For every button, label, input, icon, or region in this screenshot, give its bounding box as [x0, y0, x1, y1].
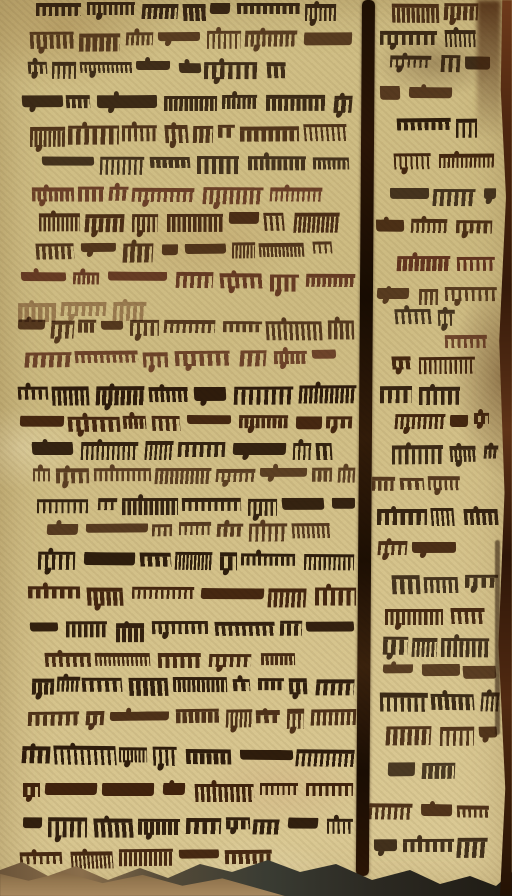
glyph-cluster — [445, 287, 497, 301]
text-line — [392, 445, 498, 470]
text-line — [392, 2, 478, 27]
text-line — [380, 386, 460, 410]
text-line — [380, 85, 452, 110]
glyph-cluster — [394, 153, 432, 169]
glyph-cluster — [368, 803, 413, 820]
glyph-cluster — [440, 55, 460, 72]
text-line — [392, 575, 498, 599]
text-line — [394, 151, 494, 176]
text-line — [380, 692, 499, 717]
glyph-cluster — [412, 638, 438, 657]
glyph-cluster — [457, 257, 495, 271]
glyph-cluster — [419, 289, 438, 305]
glyph-cluster — [392, 3, 439, 23]
glyph-cluster — [421, 804, 452, 816]
text-line — [372, 476, 460, 501]
text-line — [395, 413, 489, 437]
glyph-cluster — [444, 3, 479, 20]
manuscript-page — [0, 0, 512, 896]
glyph-cluster — [438, 310, 455, 326]
glyph-cluster — [397, 118, 451, 131]
glyph-cluster — [377, 287, 410, 298]
glyph-cluster — [483, 446, 498, 459]
glyph-cluster — [456, 220, 493, 234]
glyph-cluster — [390, 188, 429, 199]
text-line — [390, 188, 496, 212]
glyph-cluster — [441, 638, 489, 657]
corner-shadow — [477, 0, 501, 140]
text-line — [380, 30, 490, 54]
text-line — [376, 219, 492, 244]
text-line — [390, 54, 490, 79]
glyph-cluster — [397, 256, 451, 271]
text-line — [392, 354, 492, 379]
glyph-cluster — [394, 414, 445, 429]
glyph-cluster — [457, 805, 489, 817]
text-line — [385, 607, 485, 631]
glyph-cluster — [456, 838, 487, 858]
text-line — [395, 308, 455, 333]
glyph-cluster — [383, 637, 408, 655]
glyph-cluster — [388, 762, 415, 776]
glyph-cluster — [391, 357, 411, 370]
glyph-cluster — [422, 664, 460, 676]
glyph-cluster — [374, 839, 397, 851]
glyph-cluster — [431, 508, 455, 526]
glyph-cluster — [391, 575, 420, 594]
glyph-cluster — [484, 188, 497, 199]
glyph-cluster — [376, 219, 404, 231]
text-line — [369, 802, 489, 827]
glyph-cluster — [419, 357, 475, 375]
glyph-cluster — [409, 87, 453, 98]
glyph-cluster — [419, 387, 460, 405]
glyph-cluster — [450, 415, 469, 427]
text-line — [397, 255, 495, 279]
glyph-cluster — [380, 30, 437, 44]
glyph-cluster — [410, 219, 447, 233]
glyph-cluster — [400, 477, 425, 489]
glyph-cluster — [456, 118, 477, 137]
text-line — [383, 636, 489, 661]
glyph-cluster — [380, 693, 428, 713]
glyph-cluster — [424, 576, 459, 592]
glyph-cluster — [390, 55, 432, 68]
glyph-cluster — [372, 477, 395, 491]
glyph-cluster — [474, 413, 489, 424]
glyph-cluster — [463, 666, 497, 680]
text-line — [377, 507, 498, 531]
glyph-cluster — [383, 664, 413, 673]
glyph-cluster — [422, 763, 456, 779]
glyph-cluster — [465, 575, 498, 588]
glyph-cluster — [451, 608, 486, 624]
glyph-cluster — [433, 189, 476, 206]
glyph-cluster — [412, 542, 456, 553]
text-line — [388, 762, 469, 787]
glyph-cluster — [377, 541, 407, 555]
glyph-cluster — [403, 839, 454, 852]
glyph-cluster — [428, 476, 461, 490]
glyph-cluster — [385, 726, 431, 745]
glyph-cluster — [440, 726, 475, 745]
text-line — [383, 664, 496, 689]
glyph-cluster — [439, 153, 494, 168]
right-text-column — [0, 0, 512, 896]
glyph-cluster — [385, 609, 443, 625]
glyph-cluster — [445, 335, 487, 348]
text-line — [386, 725, 496, 750]
glyph-cluster — [392, 445, 443, 465]
manuscript-photo — [0, 0, 512, 896]
text-line — [374, 837, 487, 861]
glyph-cluster — [445, 30, 477, 47]
glyph-cluster — [380, 386, 412, 403]
glyph-cluster — [377, 509, 427, 525]
text-line — [445, 333, 487, 357]
text-line — [378, 541, 470, 565]
glyph-cluster — [394, 309, 431, 324]
glyph-cluster — [449, 446, 476, 462]
glyph-cluster — [431, 694, 475, 710]
glyph-cluster — [478, 727, 496, 738]
glyph-cluster — [380, 85, 401, 99]
glyph-cluster — [463, 509, 498, 525]
